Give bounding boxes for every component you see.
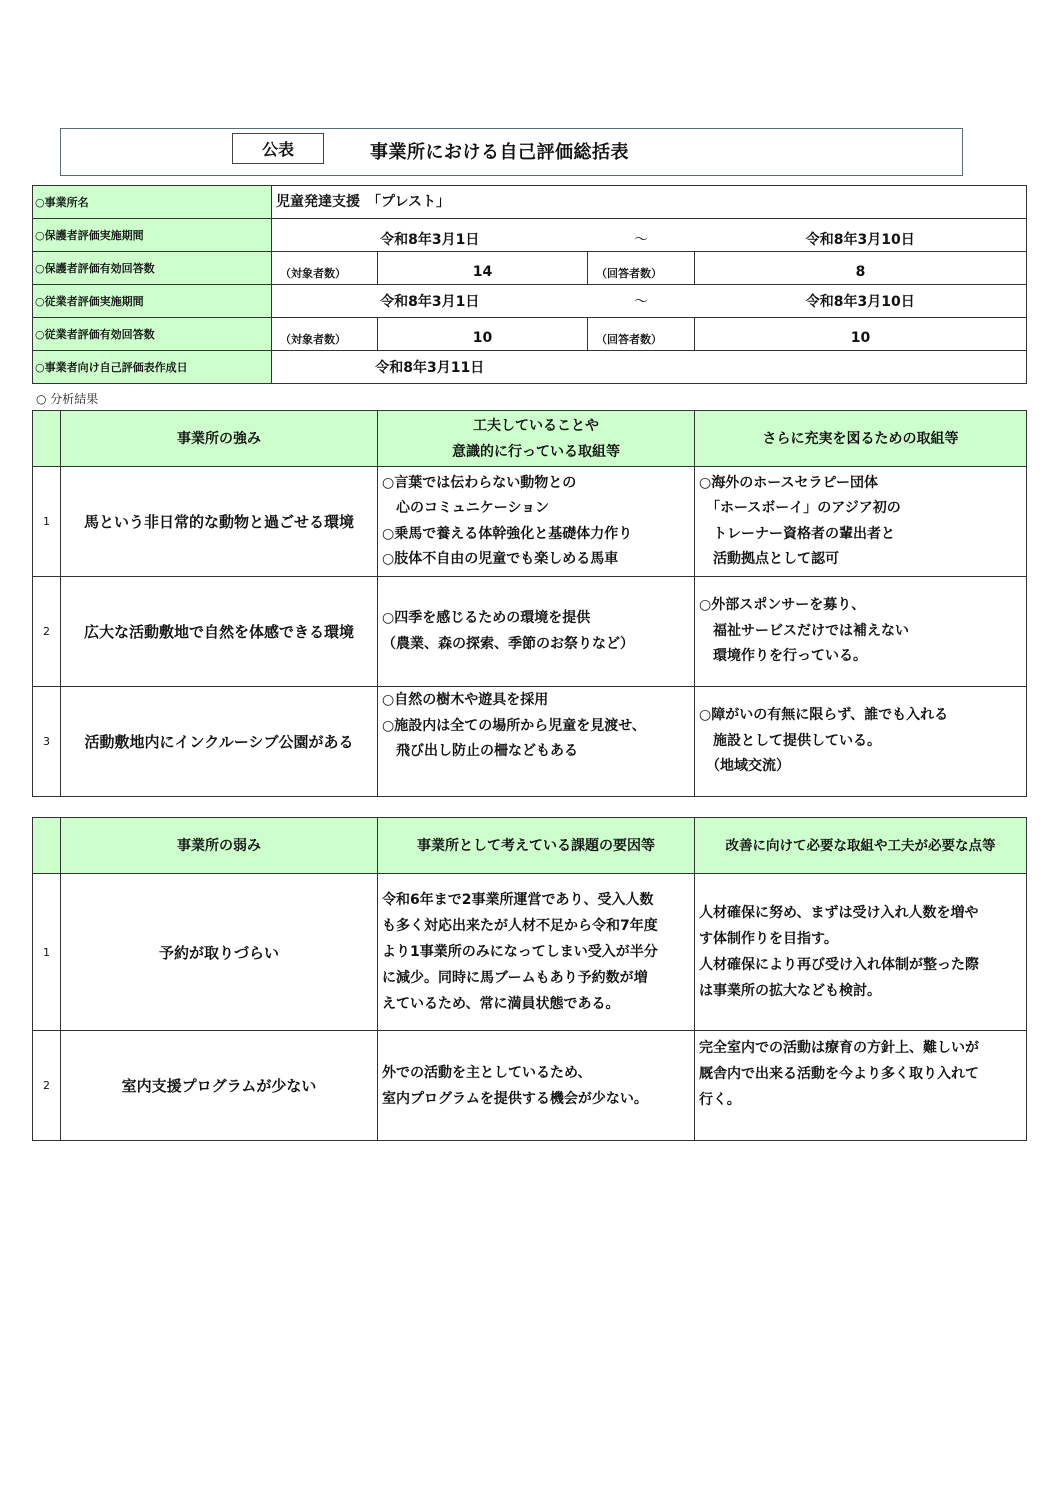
- staff-target-value: 10: [378, 318, 588, 351]
- strength-row: 3 活動敷地内にインクルーシブ公園がある ○自然の樹木や遊具を採用 ○施設内は全…: [33, 687, 1027, 797]
- strength-item: 馬という非日常的な動物と過ごせる環境: [61, 467, 378, 577]
- info-row-guardian-period: ○保護者評価実施期間 令和8年3月1日 ～ 令和8年3月10日: [33, 219, 1027, 252]
- page-title: 事業所における自己評価総括表: [370, 138, 629, 164]
- weakness-item: 室内支援プログラムが少ない: [61, 1031, 378, 1141]
- line: も多く対応出来たが人材不足から令和7年度: [382, 913, 690, 939]
- staff-target-label: （対象者数）: [272, 318, 378, 351]
- strength-row: 2 広大な活動敷地で自然を体感できる環境 ○四季を感じるための環境を提供 （農業…: [33, 577, 1027, 687]
- staff-respondent-label: （回答者数）: [588, 318, 695, 351]
- line: 人材確保により再び受け入れ体制が整った際: [699, 952, 1022, 978]
- guardian-respondent-label: （回答者数）: [588, 252, 695, 285]
- line: より1事業所のみになってしまい受入が半分: [382, 939, 690, 965]
- line: えているため、常に満員状態である。: [382, 991, 690, 1017]
- line: は事業所の拡大なども検討。: [699, 978, 1022, 1004]
- line: ○肢体不自由の児童でも楽しめる馬車: [382, 547, 690, 573]
- weaknesses-table: 事業所の弱み 事業所として考えている課題の要因等 改善に向けて必要な取組や工夫が…: [32, 817, 1027, 1141]
- line: す体制作りを目指す。: [699, 926, 1022, 952]
- strengths-table: 事業所の強み 工夫していることや 意識的に行っている取組等 さらに充実を図るため…: [32, 410, 1027, 797]
- line: ○乗馬で養える体幹強化と基礎体力作り: [382, 522, 690, 548]
- weakness-row: 2 室内支援プログラムが少ない 外での活動を主としているため、 室内プログラムを…: [33, 1031, 1027, 1141]
- line: ○自然の樹木や遊具を採用: [382, 688, 690, 714]
- guardian-target-label: （対象者数）: [272, 252, 378, 285]
- row-number: 2: [33, 1031, 61, 1141]
- info-row-created: ○事業者向け自己評価表作成日 令和8年3月11日: [33, 351, 1027, 384]
- header-improvements: 改善に向けて必要な取組や工夫が必要な点等: [695, 818, 1027, 874]
- info-row-staff-period: ○従業者評価実施期間 令和8年3月1日 ～ 令和8年3月10日: [33, 285, 1027, 318]
- line: に減少。同時に馬ブームもあり予約数が増: [382, 965, 690, 991]
- line: （地域交流）: [699, 754, 1022, 780]
- staff-period-start: 令和8年3月1日: [272, 285, 588, 318]
- header-further: さらに充実を図るための取組等: [695, 411, 1027, 467]
- public-badge: 公表: [232, 133, 324, 164]
- guardian-period-end: 令和8年3月10日: [695, 219, 1027, 252]
- strength-improvements: ○外部スポンサーを募り、 福祉サービスだけでは補えない 環境作りを行っている。: [695, 577, 1027, 687]
- line: ○海外のホースセラピー団体: [699, 471, 1022, 497]
- header-num: [33, 411, 61, 467]
- line: 令和6年まで2事業所運営であり、受入人数: [382, 887, 690, 913]
- guardian-count-label: ○保護者評価有効回答数: [33, 252, 272, 285]
- line: （農業、森の探索、季節のお祭りなど）: [382, 632, 690, 658]
- row-number: 1: [33, 467, 61, 577]
- line: 環境作りを行っている。: [699, 644, 1022, 670]
- header-efforts: 工夫していることや 意識的に行っている取組等: [378, 411, 695, 467]
- line: 飛び出し防止の柵などもある: [382, 739, 690, 765]
- info-row-office: ○事業所名 児童発達支援 「プレスト」: [33, 186, 1027, 219]
- weakness-improvements: 完全室内での活動は療育の方針上、難しいが 厩舎内で出来る活動を今より多く取り入れ…: [695, 1031, 1027, 1141]
- analysis-section-label: ○ 分析結果: [36, 390, 98, 407]
- strength-efforts: ○四季を感じるための環境を提供 （農業、森の探索、季節のお祭りなど）: [378, 577, 695, 687]
- header-num: [33, 818, 61, 874]
- strength-improvements: ○障がいの有無に限らず、誰でも入れる 施設として提供している。 （地域交流）: [695, 687, 1027, 797]
- header-causes: 事業所として考えている課題の要因等: [378, 818, 695, 874]
- staff-period-end: 令和8年3月10日: [695, 285, 1027, 318]
- weakness-row: 1 予約が取りづらい 令和6年まで2事業所運営であり、受入人数 も多く対応出来た…: [33, 874, 1027, 1031]
- info-row-staff-count: ○従業者評価有効回答数 （対象者数） 10 （回答者数） 10: [33, 318, 1027, 351]
- line: 完全室内での活動は療育の方針上、難しいが: [699, 1035, 1022, 1061]
- guardian-respondent-value: 8: [695, 252, 1027, 285]
- created-date-label: ○事業者向け自己評価表作成日: [33, 351, 272, 384]
- strength-item: 活動敷地内にインクルーシブ公園がある: [61, 687, 378, 797]
- strength-improvements: ○海外のホースセラピー団体 「ホースボーイ」のアジア初の トレーナー資格者の輩出…: [695, 467, 1027, 577]
- line: 室内プログラムを提供する機会が少ない。: [382, 1086, 690, 1112]
- created-date-value: 令和8年3月11日: [272, 351, 588, 384]
- staff-period-label: ○従業者評価実施期間: [33, 285, 272, 318]
- strength-efforts: ○言葉では伝わらない動物との 心のコミュニケーション ○乗馬で養える体幹強化と基…: [378, 467, 695, 577]
- weakness-improvements: 人材確保に努め、まずは受け入れ人数を増や す体制作りを目指す。 人材確保により再…: [695, 874, 1027, 1031]
- line: 外での活動を主としているため、: [382, 1060, 690, 1086]
- staff-period-separator: ～: [588, 285, 695, 318]
- guardian-period-start: 令和8年3月1日: [272, 219, 588, 252]
- line: トレーナー資格者の輩出者と: [699, 522, 1022, 548]
- line: 人材確保に努め、まずは受け入れ人数を増や: [699, 900, 1022, 926]
- row-number: 3: [33, 687, 61, 797]
- guardian-period-label: ○保護者評価実施期間: [33, 219, 272, 252]
- strength-item: 広大な活動敷地で自然を体感できる環境: [61, 577, 378, 687]
- header-efforts-line2: 意識的に行っている取組等: [378, 439, 694, 465]
- line: 活動拠点として認可: [699, 547, 1022, 573]
- line: 行く。: [699, 1087, 1022, 1113]
- header-weaknesses: 事業所の弱み: [61, 818, 378, 874]
- office-name-label: ○事業所名: [33, 186, 272, 219]
- info-row-guardian-count: ○保護者評価有効回答数 （対象者数） 14 （回答者数） 8: [33, 252, 1027, 285]
- line: ○言葉では伝わらない動物との: [382, 471, 690, 497]
- line: 福祉サービスだけでは補えない: [699, 619, 1022, 645]
- line: ○四季を感じるための環境を提供: [382, 606, 690, 632]
- staff-respondent-value: 10: [695, 318, 1027, 351]
- weakness-causes: 外での活動を主としているため、 室内プログラムを提供する機会が少ない。: [378, 1031, 695, 1141]
- strength-efforts: ○自然の樹木や遊具を採用 ○施設内は全ての場所から児童を見渡せ、 飛び出し防止の…: [378, 687, 695, 797]
- guardian-target-value: 14: [378, 252, 588, 285]
- line: ○施設内は全ての場所から児童を見渡せ、: [382, 714, 690, 740]
- staff-count-label: ○従業者評価有効回答数: [33, 318, 272, 351]
- strength-row: 1 馬という非日常的な動物と過ごせる環境 ○言葉では伝わらない動物との 心のコミ…: [33, 467, 1027, 577]
- weaknesses-header-row: 事業所の弱み 事業所として考えている課題の要因等 改善に向けて必要な取組や工夫が…: [33, 818, 1027, 874]
- line: 施設として提供している。: [699, 729, 1022, 755]
- line: 「ホースボーイ」のアジア初の: [699, 496, 1022, 522]
- info-table: ○事業所名 児童発達支援 「プレスト」 ○保護者評価実施期間 令和8年3月1日 …: [32, 185, 1027, 384]
- line: ○障がいの有無に限らず、誰でも入れる: [699, 703, 1022, 729]
- strengths-header-row: 事業所の強み 工夫していることや 意識的に行っている取組等 さらに充実を図るため…: [33, 411, 1027, 467]
- weakness-causes: 令和6年まで2事業所運営であり、受入人数 も多く対応出来たが人材不足から令和7年…: [378, 874, 695, 1031]
- header-efforts-line1: 工夫していることや: [378, 413, 694, 439]
- weakness-item: 予約が取りづらい: [61, 874, 378, 1031]
- row-number: 1: [33, 874, 61, 1031]
- line: ○外部スポンサーを募り、: [699, 593, 1022, 619]
- office-name-value: 児童発達支援 「プレスト」: [272, 186, 1027, 219]
- row-number: 2: [33, 577, 61, 687]
- line: 心のコミュニケーション: [382, 496, 690, 522]
- guardian-period-separator: ～: [588, 219, 695, 252]
- line: 厩舎内で出来る活動を今より多く取り入れて: [699, 1061, 1022, 1087]
- header-strengths: 事業所の強み: [61, 411, 378, 467]
